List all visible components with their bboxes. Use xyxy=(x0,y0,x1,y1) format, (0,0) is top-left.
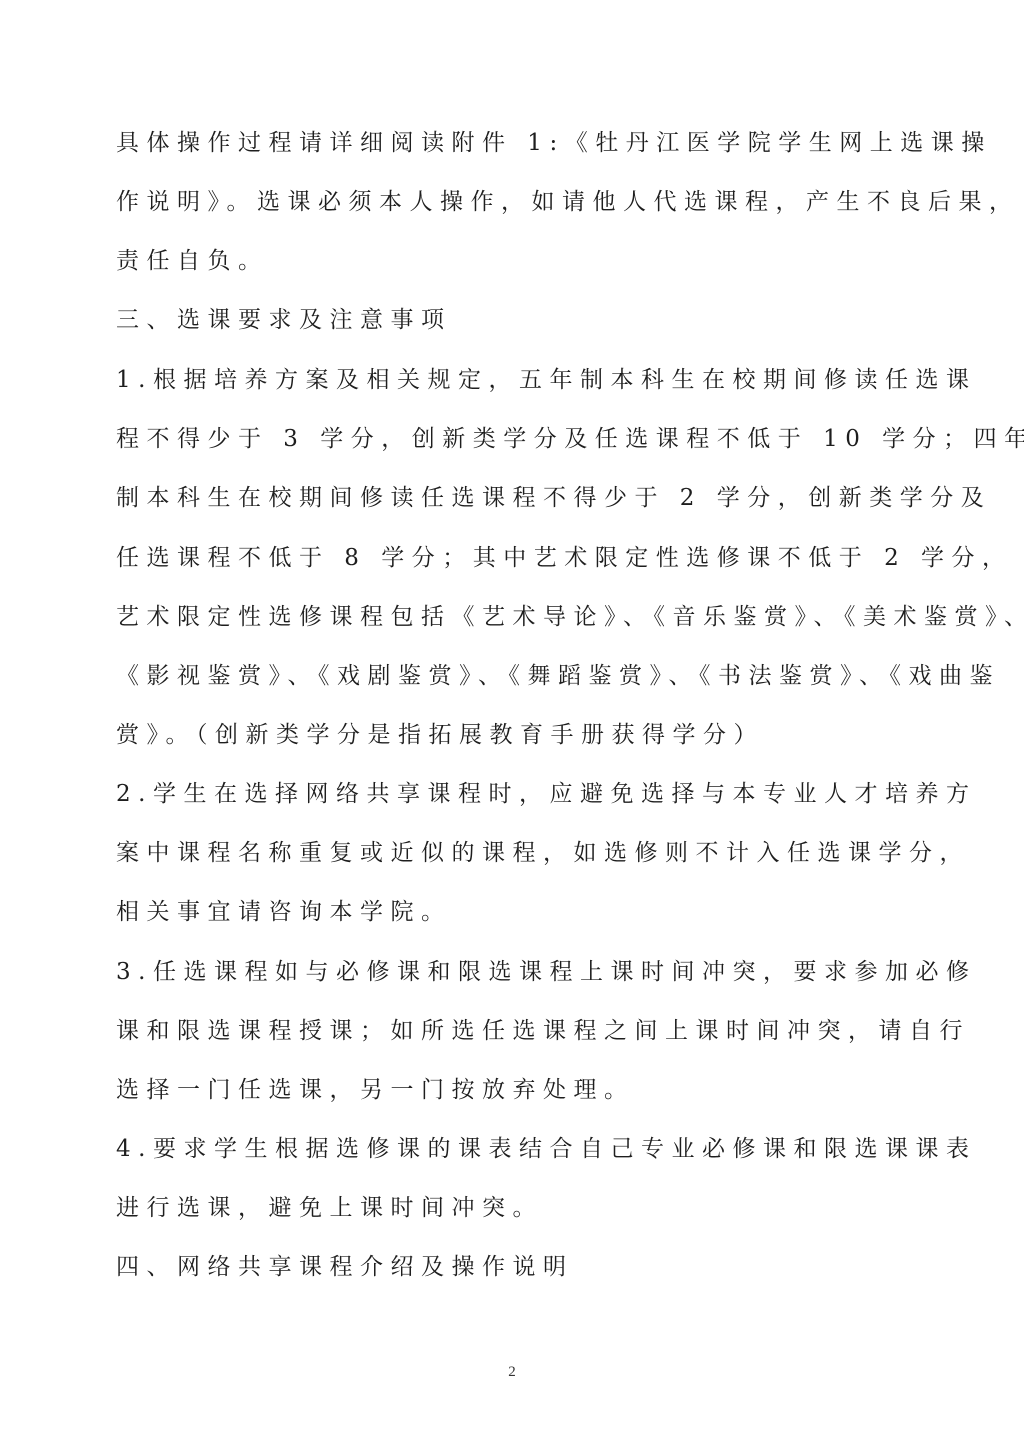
item-4-line: 进行选课，避免上课时间冲突。 xyxy=(116,1193,916,1223)
section-heading-3: 三、选课要求及注意事项 xyxy=(116,305,916,335)
item-2-line: 案中课程名称重复或近似的课程，如选修则不计入任选课学分， xyxy=(116,838,916,868)
item-4-line: 4.要求学生根据选修课的课表结合自己专业必修课和限选课课表 xyxy=(116,1134,916,1164)
document-page: 具体操作过程请详细阅读附件 1:《牡丹江医学院学生网上选课操 作说明》。选课必须… xyxy=(0,0,1024,1448)
body-text-line: 具体操作过程请详细阅读附件 1:《牡丹江医学院学生网上选课操 xyxy=(116,128,916,158)
item-3-line: 选择一门任选课，另一门按放弃处理。 xyxy=(116,1075,916,1105)
item-3-line: 课和限选课程授课；如所选任选课程之间上课时间冲突，请自行 xyxy=(116,1016,916,1046)
item-1-line: 程不得少于 3 学分，创新类学分及任选课程不低于 10 学分；四年 xyxy=(116,424,916,454)
item-1-line: 任选课程不低于 8 学分；其中艺术限定性选修课不低于 2 学分， xyxy=(116,543,916,573)
item-1-line: 制本科生在校期间修读任选课程不得少于 2 学分，创新类学分及 xyxy=(116,483,916,513)
item-2-line: 相关事宜请咨询本学院。 xyxy=(116,897,916,927)
item-1-line: 赏》。（创新类学分是指拓展教育手册获得学分） xyxy=(116,720,916,750)
body-text-line: 作说明》。选课必须本人操作，如请他人代选课程，产生不良后果， xyxy=(116,187,916,217)
item-1-line: 《影视鉴赏》、《戏剧鉴赏》、《舞蹈鉴赏》、《书法鉴赏》、《戏曲鉴 xyxy=(116,661,916,691)
item-2-line: 2.学生在选择网络共享课程时，应避免选择与本专业人才培养方 xyxy=(116,779,916,809)
item-1-line: 1.根据培养方案及相关规定，五年制本科生在校期间修读任选课 xyxy=(116,365,916,395)
page-number: 2 xyxy=(0,1364,1024,1381)
item-3-line: 3.任选课程如与必修课和限选课程上课时间冲突，要求参加必修 xyxy=(116,957,916,987)
item-1-line: 艺术限定性选修课程包括《艺术导论》、《音乐鉴赏》、《美术鉴赏》、 xyxy=(116,602,916,632)
section-heading-4: 四、网络共享课程介绍及操作说明 xyxy=(116,1252,916,1282)
body-text-line: 责任自负。 xyxy=(116,246,916,276)
